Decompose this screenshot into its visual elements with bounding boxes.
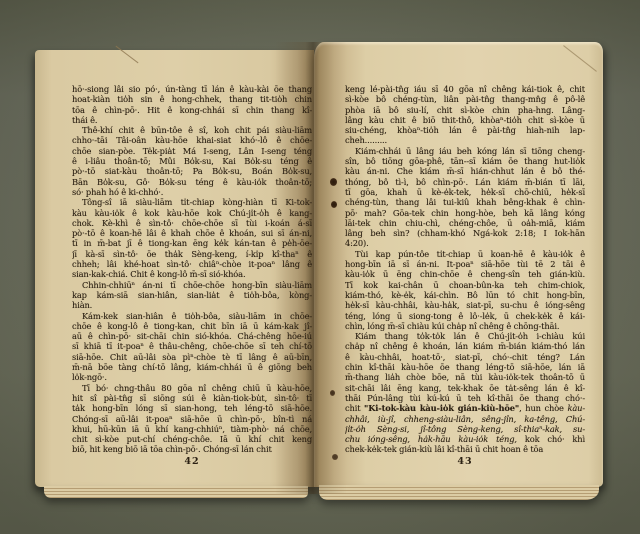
text-segment: kok chó· khì — [517, 434, 585, 444]
text-line: pō· mah? Gōa-tek chin hong-hòe, beh kā l… — [345, 208, 585, 218]
paragraph: Kám-kek sian-hiân ê tio̍h-bôa, siàu-liām… — [72, 311, 312, 383]
text-line: kàu án-ni. Che kiám m̄-sī hián-chhut lán… — [345, 166, 585, 176]
text-segment: , hun chòe — [519, 403, 567, 413]
text-line: sîn, bô tiōng gōa-phê, tān--sī kiám ōe t… — [345, 156, 585, 166]
text-line: chit sì-kòe put-chí chéng-chôe. Iā ū khí… — [72, 434, 312, 444]
text-line: m̄-nā bōe tàng chí-tō lâng, kiám-chhái ū… — [72, 362, 312, 372]
text-line: sit-chāi lâi ēng kang, tek-khak ōe ta̍t-… — [345, 383, 585, 393]
page-number-left: 42 — [72, 456, 312, 467]
text-line: ê i-liâu thoân-tō; Mûi Bo̍k-su, Kai Bo̍k… — [72, 156, 312, 166]
ink-spot — [331, 201, 337, 208]
text-line: siu-chéng, khòaⁿ-tio̍h lán ê pài-tn̂g hi… — [345, 125, 585, 135]
text-line: keng lé-pài-tn̂g iáu sī 40 gōa nî chêng … — [345, 84, 585, 94]
text-line: tōa ê chìn-pō·. Hit ê kong-chhái sī chin… — [72, 105, 312, 115]
text-line: lâng kàu chit ê biō thit-thô, khòaⁿ-tio̍… — [345, 115, 585, 125]
text-line: pò·-tō siat-kàu thoân-tō; Pa Bo̍k-su, Bo… — [72, 166, 312, 176]
page-number-right: 43 — [345, 456, 585, 467]
text-line: tī in m̄-bat jī ê tiong-kan ēng ke̍k kán… — [72, 238, 312, 248]
paragraph: Tī bó· chng-thâu 80 gōa nî chêng chiū ū … — [72, 383, 312, 455]
ink-spot — [330, 390, 335, 396]
paragraph: Kiám thang to̍k-to̍k lán ê Chú-ji̍t-o̍h … — [345, 331, 585, 455]
text-line: hong-bīn iā sī án-ni. It-poaⁿ siā-hōe tù… — [345, 259, 585, 269]
page-edge-stack-right — [319, 485, 599, 500]
text-line: chho·-tāi Tâi-oân kàu-hōe khai-siat khó·… — [72, 135, 312, 145]
text-line: hoat-kiàn tio̍h sin ê hong-chhek, thang … — [72, 94, 312, 104]
paragraph: hō·-siong lâi sio pó·, ún-tàng tī lán ê … — [72, 84, 312, 125]
text-segment: chit — [345, 403, 364, 413]
text-line: chok. Kè-khì ê sìn-tô· chōe-chōe sī tùi … — [72, 218, 312, 228]
text-line: sian-kak-chiá. Chit ê kong-lô m̄-sī sió-… — [72, 269, 312, 279]
text-line: he̍k-sī kàu-chhâi, kàu-ha̍k, siat-pī, su… — [345, 300, 585, 310]
text-line: sī khiā tī it-poaⁿ ê thâu-chêng, chōe-ch… — [72, 341, 312, 351]
text-segment: ji̍t-o̍h Sèng-si, jî-tông Sèng-keng, sî-… — [345, 424, 585, 434]
text-line: khui, hū-kūn iā ū khí kang-chhiúⁿ, tiàm-… — [72, 424, 312, 434]
paragraph: keng lé-pài-tn̂g iáu sī 40 gōa nî chêng … — [345, 84, 585, 146]
text-line: chōe sian-pòe. Te̍k-pia̍t Má I-seng, Lân… — [72, 146, 312, 156]
text-line: chit "Ki-tok-kàu kàu-io̍k gián-kiù-hōe",… — [345, 403, 585, 413]
paragraph: Chhin-chhiūⁿ án-ni tī chōe-chōe hong-bīn… — [72, 280, 312, 311]
text-line: Thê-khí chit ê būn-tôe ê sî, koh chit pá… — [72, 125, 312, 135]
text-line: jī kà-sī sìn-tô· ōe tha̍k Sèng-keng, í-k… — [72, 249, 312, 259]
text-line: kap kám-siā sian-hiân, sian-lia̍t ê tio̍… — [72, 290, 312, 300]
text-line: tī gōa, khah ū kè-e̍k-tek, he̍k-sī chō-c… — [345, 187, 585, 197]
page-edge-stack-left — [44, 486, 308, 498]
text-line: lo̍k-ngō·. — [72, 372, 312, 382]
text-line: Bān Bo̍k-su, Gô· Bo̍k-su téng ê kàu-io̍k… — [72, 177, 312, 187]
text-segment: chu ióng-sêng, ha̍k-hāu kàu-io̍k téng, — [345, 434, 517, 444]
text-line: chu ióng-sêng, ha̍k-hāu kàu-io̍k téng, k… — [345, 434, 585, 444]
text-line: chheh; lâi khé-hoat sìn-tô· chiâⁿ-chòe i… — [72, 259, 312, 269]
text-line: cha̍p nî chêng ê khoán, lán kiám m̄-bián… — [345, 341, 585, 351]
text-line: biō, hit keng biō iā tōa chìn-pō·. Chóng… — [72, 444, 312, 454]
text-line: kàu-io̍k ū ēng chin-chōe ê cheng-sîn teh… — [345, 269, 585, 279]
paragraph: Tùi kap pún-tôe ti̍t-chiap ū koan-hē ê k… — [345, 249, 585, 331]
text-line: ê kàu-chhâi, hoat-tō·, siat-pī, chó·-chi… — [345, 352, 585, 362]
text-line: Kiám thang to̍k-to̍k lán ê Chú-ji̍t-o̍h … — [345, 331, 585, 341]
text-line: Tī bó· chng-thâu 80 gōa nî chêng chiū ū … — [72, 383, 312, 393]
text-line: thāi Pún-lâng tùi kú-kú ū teh kî-thāi ōe… — [345, 393, 585, 403]
text-line: pò·-tō ê koan-hē lâi ê khah chōe ê khoán… — [72, 228, 312, 238]
text-line: thái ê. — [72, 115, 312, 125]
text-line: téng, lóng ū siong-tong ê lô·-le̍k, ū ch… — [345, 311, 585, 321]
text-line: hō·-siong lâi sio pó·, ún-tàng tī lán ê … — [72, 84, 312, 94]
paragraph: Tông-sî iā siàu-liām ti̍t-chiap kòng-hià… — [72, 197, 312, 279]
text-line: Tùi kap pún-tôe ti̍t-chiap ū koan-hē ê k… — [345, 249, 585, 259]
text-line: aū ê chìn-pō· sit-chāi chin sió-khóa. Ch… — [72, 331, 312, 341]
text-line: phòa iā bô siu-lí, chit sì-kòe chin pha-… — [345, 105, 585, 115]
text-segment: "Ki-tok-kàu kàu-io̍k gián-kiù-hōe" — [364, 403, 519, 413]
text-line: ta̍k hong-bīn lóng sī sian-hong, teh lén… — [72, 403, 312, 413]
text-line: Chóng-sī aū-lâi it-poaⁿ siā-hōe ū chìn-p… — [72, 414, 312, 424]
ink-spot — [332, 454, 338, 460]
text-line: Chhin-chhiūⁿ án-ni tī chōe-chōe hong-bīn… — [72, 280, 312, 290]
text-line: Tī kok kai-chân ū choan-bûn-ka teh chim-… — [345, 280, 585, 290]
text-line: Kám-kek sian-hiân ê tio̍h-bôa, siàu-liām… — [72, 311, 312, 321]
text-line: Tông-sî iā siàu-liām ti̍t-chiap kòng-hià… — [72, 197, 312, 207]
photo-background: hō·-siong lâi sio pó·, ún-tàng tī lán ê … — [0, 0, 640, 534]
text-line: chin kî-thāi kàu-hōe ōe thang léng-tō si… — [345, 362, 585, 372]
left-page-text: hō·-siong lâi sio pó·, ún-tàng tī lán ê … — [72, 84, 312, 455]
text-line: Kiám-chhái ū lâng iáu beh kóng lán sī ti… — [345, 146, 585, 156]
text-line: thóng, bô tì-ì, bô chìn-pō·. Lán kiám m̄… — [345, 177, 585, 187]
text-line: lāi-tek chin chiu-chì, chéng-chôe, ū oa̍… — [345, 218, 585, 228]
text-line: sì-kòe bô chéng-tùn, liân pài-tn̂g thang… — [345, 94, 585, 104]
text-line: hit sî pài-tn̂g sī siōng súi ê kiàn-tiok… — [72, 393, 312, 403]
paragraph: Kiám-chhái ū lâng iáu beh kóng lán sī ti… — [345, 146, 585, 249]
text-line: só· phah hó ê ki-chhó·. — [72, 187, 312, 197]
open-book: hō·-siong lâi sio pó·, ún-tàng tī lán ê … — [35, 42, 603, 494]
text-line: 4:20). — [345, 238, 585, 248]
text-segment: kàu- — [567, 403, 585, 413]
text-line: hiàn. — [72, 300, 312, 310]
text-line: chéng-tùn, thang lâi tui-kiû khah bêng-k… — [345, 197, 585, 207]
text-line: cheh......... — [345, 135, 585, 145]
text-line: ji̍t-o̍h Sèng-si, jî-tông Sèng-keng, sî-… — [345, 424, 585, 434]
text-line: chìn, lóng m̄-sī chiàu kúi cha̍p nî chên… — [345, 321, 585, 331]
text-line: chek-ke̍k-tek gián-kiù lâi kî-thāi ū chi… — [345, 444, 585, 454]
paragraph: Thê-khí chit ê būn-tôe ê sî, koh chit pá… — [72, 125, 312, 197]
text-line: siā-hōe. Chit aū-lâi sòa pìⁿ-chòe tè tī … — [72, 352, 312, 362]
text-line: lâng beh sìn? (chham-khó Ngá-kok 2:18; I… — [345, 228, 585, 238]
text-line: chhâi, iù-jî, chheng-siàu-liân, sêng-jîn… — [345, 414, 585, 424]
text-line: kàu kàu-io̍k ê kok kàu-hōe kok Chú-ji̍t-… — [72, 208, 312, 218]
right-page-text: keng lé-pài-tn̂g iáu sī 40 gōa nî chêng … — [345, 84, 585, 455]
ink-spot — [330, 178, 337, 186]
text-line: m̄-thang lia̍h chòe bōe, nā tùi kàu-io̍k… — [345, 372, 585, 382]
text-line: chōe ê kong-lô ê tiong-kan, chit bīn iā … — [72, 321, 312, 331]
text-line: kiám-thó, kè-e̍k, kái-chìn. Bô lūn tó ch… — [345, 290, 585, 300]
text-segment: chhâi, iù-jî, chheng-siàu-liân, sêng-jîn… — [345, 414, 585, 424]
